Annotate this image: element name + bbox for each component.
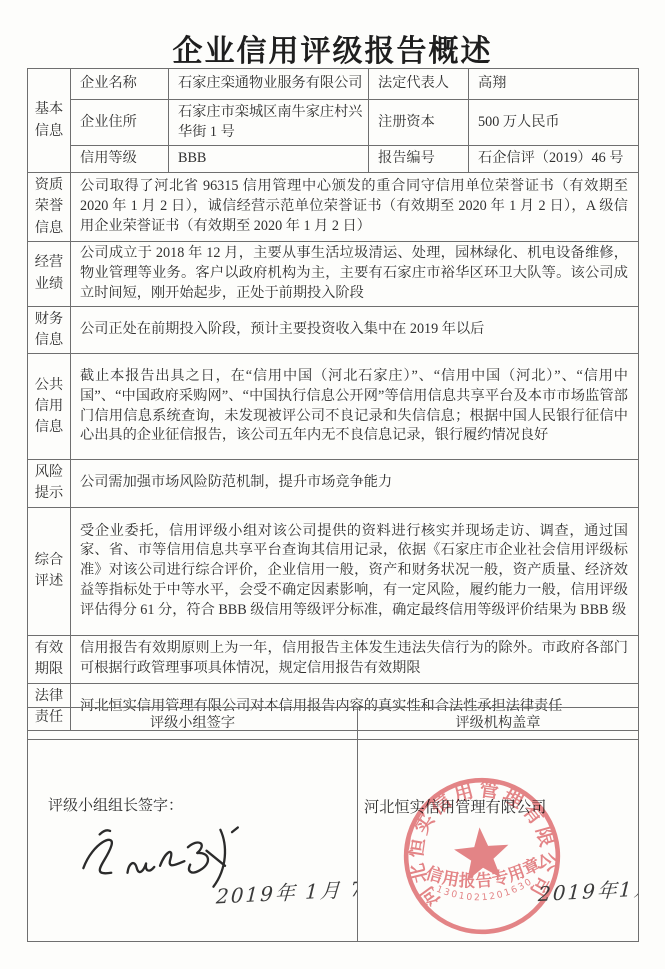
field-value-company-name: 石家庄栾通物业服务有限公司 xyxy=(169,69,369,100)
field-value-report-no: 石企信评（2019）46 号 xyxy=(469,146,639,173)
section-content-honors: 公司取得了河北省 96315 信用管理中心颁发的重合同守信用单位荣誉证书（有效期… xyxy=(71,173,639,242)
section-row-public-credit: 公共信用信息 截止本报告出具之日，在“信用中国（河北石家庄）”、“信用中国（河北… xyxy=(28,354,639,460)
seal-cell: 河北恒实信用管理有限公司 河北恒实信用管理有限公司 信用报告专用章 xyxy=(358,740,639,942)
field-value-reg-capital: 500 万人民币 xyxy=(469,100,639,146)
field-label-company-name: 企业名称 xyxy=(71,69,169,100)
basic-row-2: 企业住所 石家庄市栾城区南牛家庄村兴华街 1 号 注册资本 500 万人民币 xyxy=(28,100,639,146)
section-content-public-credit: 截止本报告出具之日，在“信用中国（河北石家庄）”、“信用中国（河北）”、“信用中… xyxy=(71,354,639,460)
section-row-validity: 有效期限 信用报告有效期原则上为一年，信用报告主体发生违法失信行为的除外。市政府… xyxy=(28,635,639,683)
section-row-honors: 资质荣誉信息 公司取得了河北省 96315 信用管理中心颁发的重合同守信用单位荣… xyxy=(28,173,639,242)
section-label-honors: 资质荣誉信息 xyxy=(28,173,71,242)
section-content-finance: 公司正处在前期投入阶段，预计主要投资收入集中在 2019 年以后 xyxy=(71,306,639,354)
section-label-risk: 风险提示 xyxy=(28,460,71,508)
field-value-credit-grade: BBB xyxy=(169,146,369,173)
section-row-business: 经营业绩 公司成立于 2018 年 12 月，主要从事生活垃圾清运、处理，园林绿… xyxy=(28,241,639,306)
field-label-reg-capital: 注册资本 xyxy=(369,100,469,146)
section-content-risk: 公司需加强市场风险防范机制，提升市场竞争能力 xyxy=(71,460,639,508)
section-label-public-credit: 公共信用信息 xyxy=(28,354,71,460)
company-seal-stamp: 河北恒实信用管理有限公司 信用报告专用章 1301021201630 xyxy=(393,767,571,941)
section-label-finance: 财务信息 xyxy=(28,306,71,354)
field-value-address: 石家庄市栾城区南牛家庄村兴华街 1 号 xyxy=(169,100,369,146)
section-content-validity: 信用报告有效期原则上为一年，信用报告主体发生违法失信行为的除外。市政府各部门可根… xyxy=(71,635,639,683)
seal-header: 评级机构盖章 xyxy=(358,708,639,740)
sign-cell: 评级小组组长签字： 2019年 1月 7日 xyxy=(28,740,358,942)
report-table: 基本信息 企业名称 石家庄栾通物业服务有限公司 法定代表人 高翔 企业住所 石家… xyxy=(27,68,639,731)
signature-body-row: 评级小组组长签字： 2019年 1月 7日 河北恒实 xyxy=(28,740,639,942)
signature-header-row: 评级小组签字 评级机构盖章 xyxy=(28,708,639,740)
section-row-finance: 财务信息 公司正处在前期投入阶段，预计主要投资收入集中在 2019 年以后 xyxy=(28,306,639,354)
field-label-credit-grade: 信用等级 xyxy=(71,146,169,173)
page-title: 企业信用评级报告概述 xyxy=(0,26,665,70)
field-label-legal-rep: 法定代表人 xyxy=(369,69,469,100)
section-row-risk: 风险提示 公司需加强市场风险防范机制，提升市场竞争能力 xyxy=(28,460,639,508)
section-label-validity: 有效期限 xyxy=(28,635,71,683)
section-row-summary: 综合评述 受企业委托，信用评级小组对该公司提供的资料进行核实并现场走访、调查，通… xyxy=(28,507,639,635)
report-page: 企业信用评级报告概述 基本信息 企业名称 石家庄栾通物业服务有限公司 法定代表人… xyxy=(0,0,665,969)
section-label-business: 经营业绩 xyxy=(28,241,71,306)
section-content-summary: 受企业委托，信用评级小组对该公司提供的资料进行核实并现场走访、调查，通过国家、省… xyxy=(71,507,639,635)
field-value-legal-rep: 高翔 xyxy=(469,69,639,100)
field-label-report-no: 报告编号 xyxy=(369,146,469,173)
signature-table: 评级小组签字 评级机构盖章 评级小组组长签字： xyxy=(27,707,639,942)
basic-row-1: 基本信息 企业名称 石家庄栾通物业服务有限公司 法定代表人 高翔 xyxy=(28,69,639,100)
basic-row-3: 信用等级 BBB 报告编号 石企信评（2019）46 号 xyxy=(28,146,639,173)
sign-header: 评级小组签字 xyxy=(28,708,358,740)
section-label-basic: 基本信息 xyxy=(28,69,71,173)
section-label-summary: 综合评述 xyxy=(28,507,71,635)
field-label-address: 企业住所 xyxy=(71,100,169,146)
sign-leader-label: 评级小组组长签字： xyxy=(48,796,183,817)
section-content-business: 公司成立于 2018 年 12 月，主要从事生活垃圾清运、处理，园林绿化、机电设… xyxy=(71,241,639,306)
